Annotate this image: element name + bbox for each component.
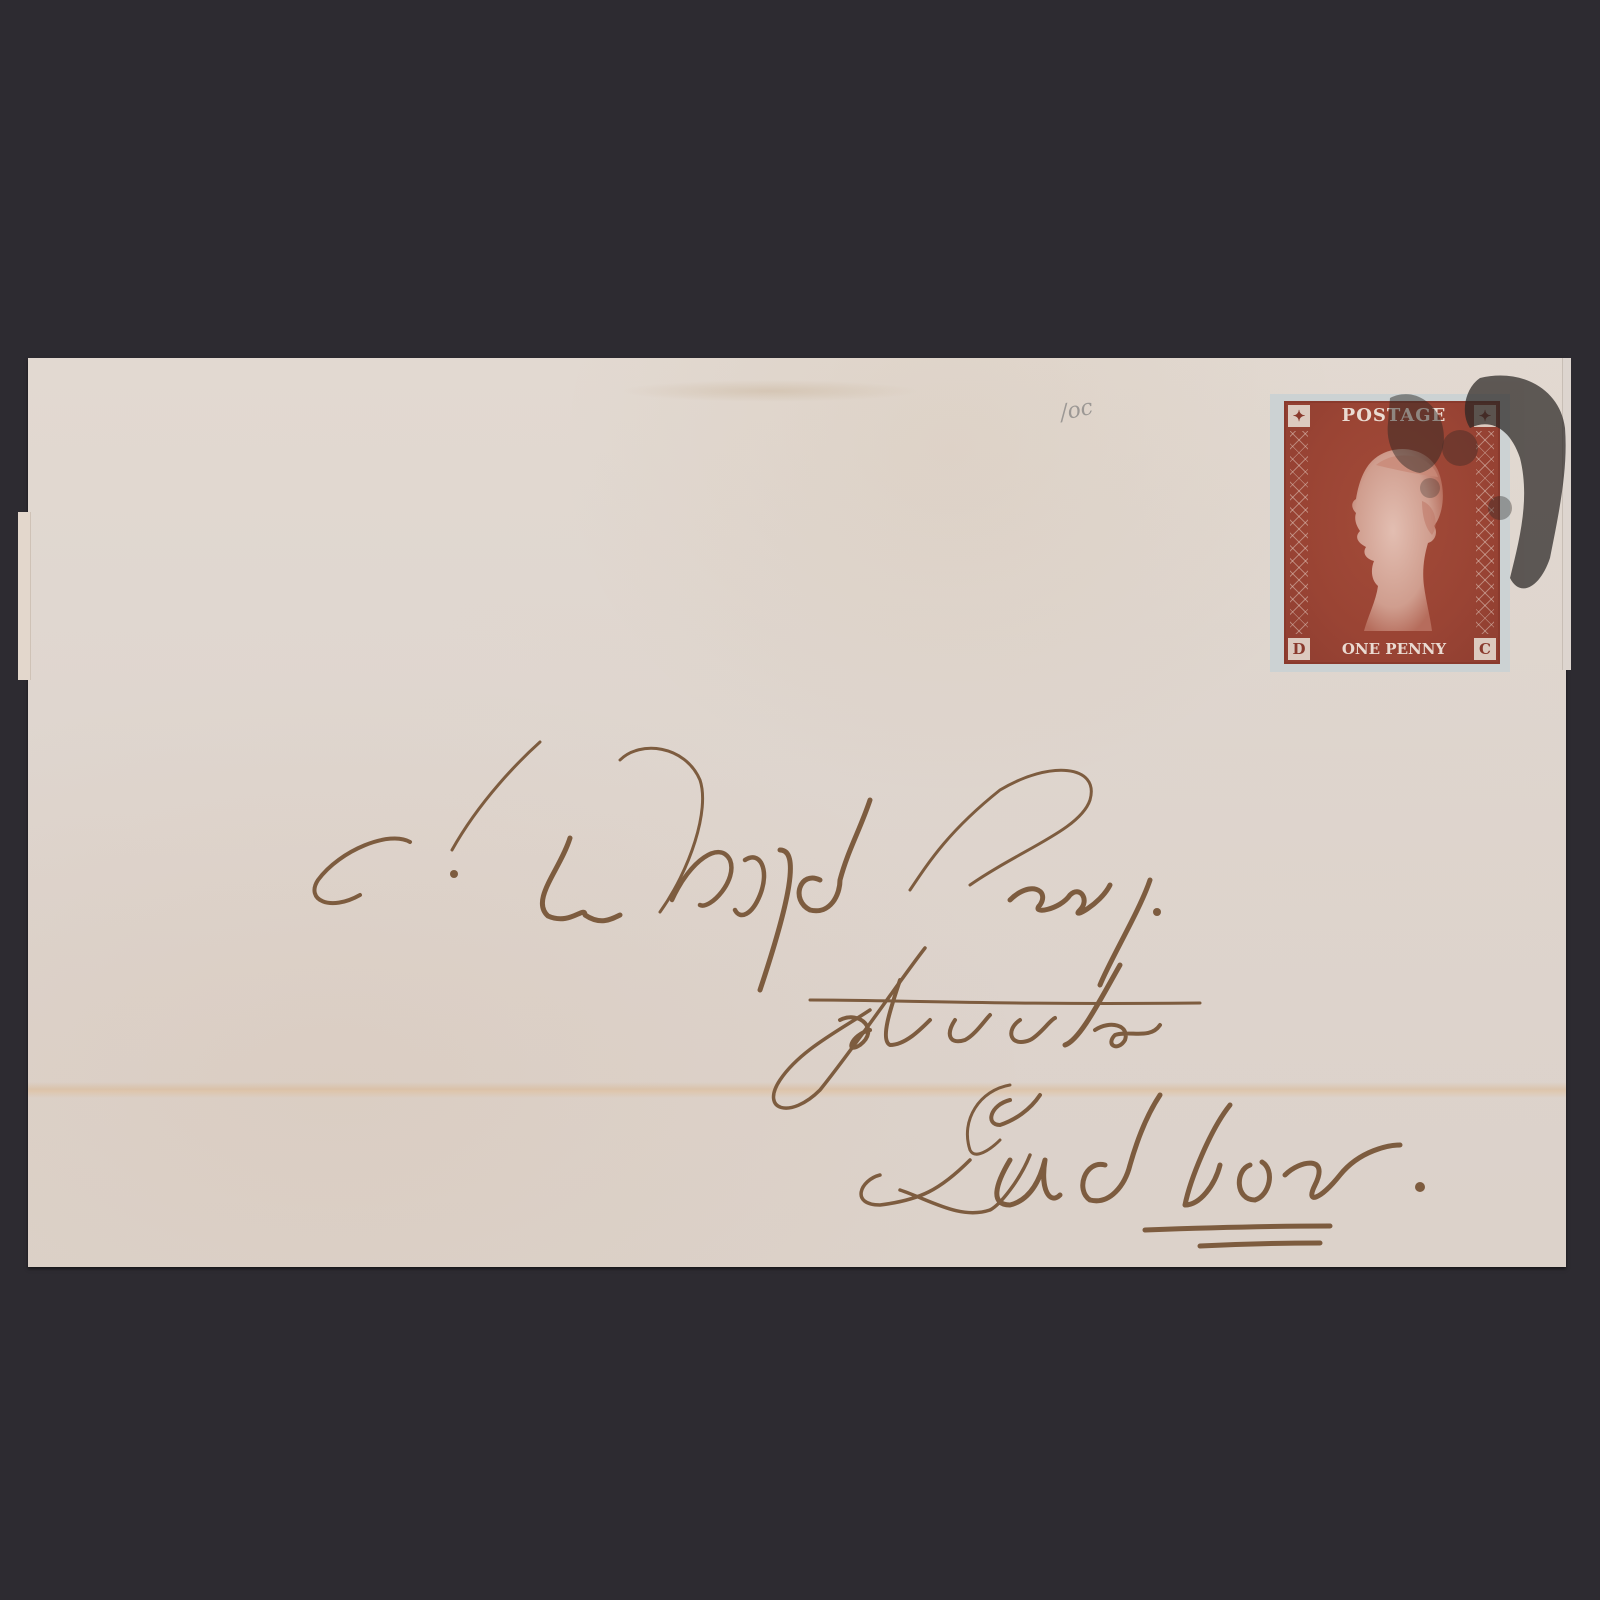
queen-portrait-icon <box>1312 431 1476 637</box>
stamp-bottom-label: ONE PENNY <box>1312 640 1476 658</box>
stamp-corner-letter-right: C <box>1474 638 1496 660</box>
top-edge-stain <box>620 380 920 402</box>
left-fold-flap <box>18 512 31 680</box>
right-fold-flap <box>1562 358 1571 670</box>
stamp-left-border-pattern <box>1290 431 1308 634</box>
star-ornament-icon: ✦ <box>1474 405 1496 427</box>
stamp-right-border-pattern <box>1476 431 1494 634</box>
stamp-corner-letter-left: D <box>1288 638 1310 660</box>
stamp-top-label: POSTAGE <box>1322 405 1466 426</box>
postage-stamp: ✦ ✦ POSTAGE D ONE PENNY C <box>1284 401 1500 664</box>
horizontal-fold-crease <box>28 1082 1566 1098</box>
star-ornament-icon: ✦ <box>1288 405 1310 427</box>
